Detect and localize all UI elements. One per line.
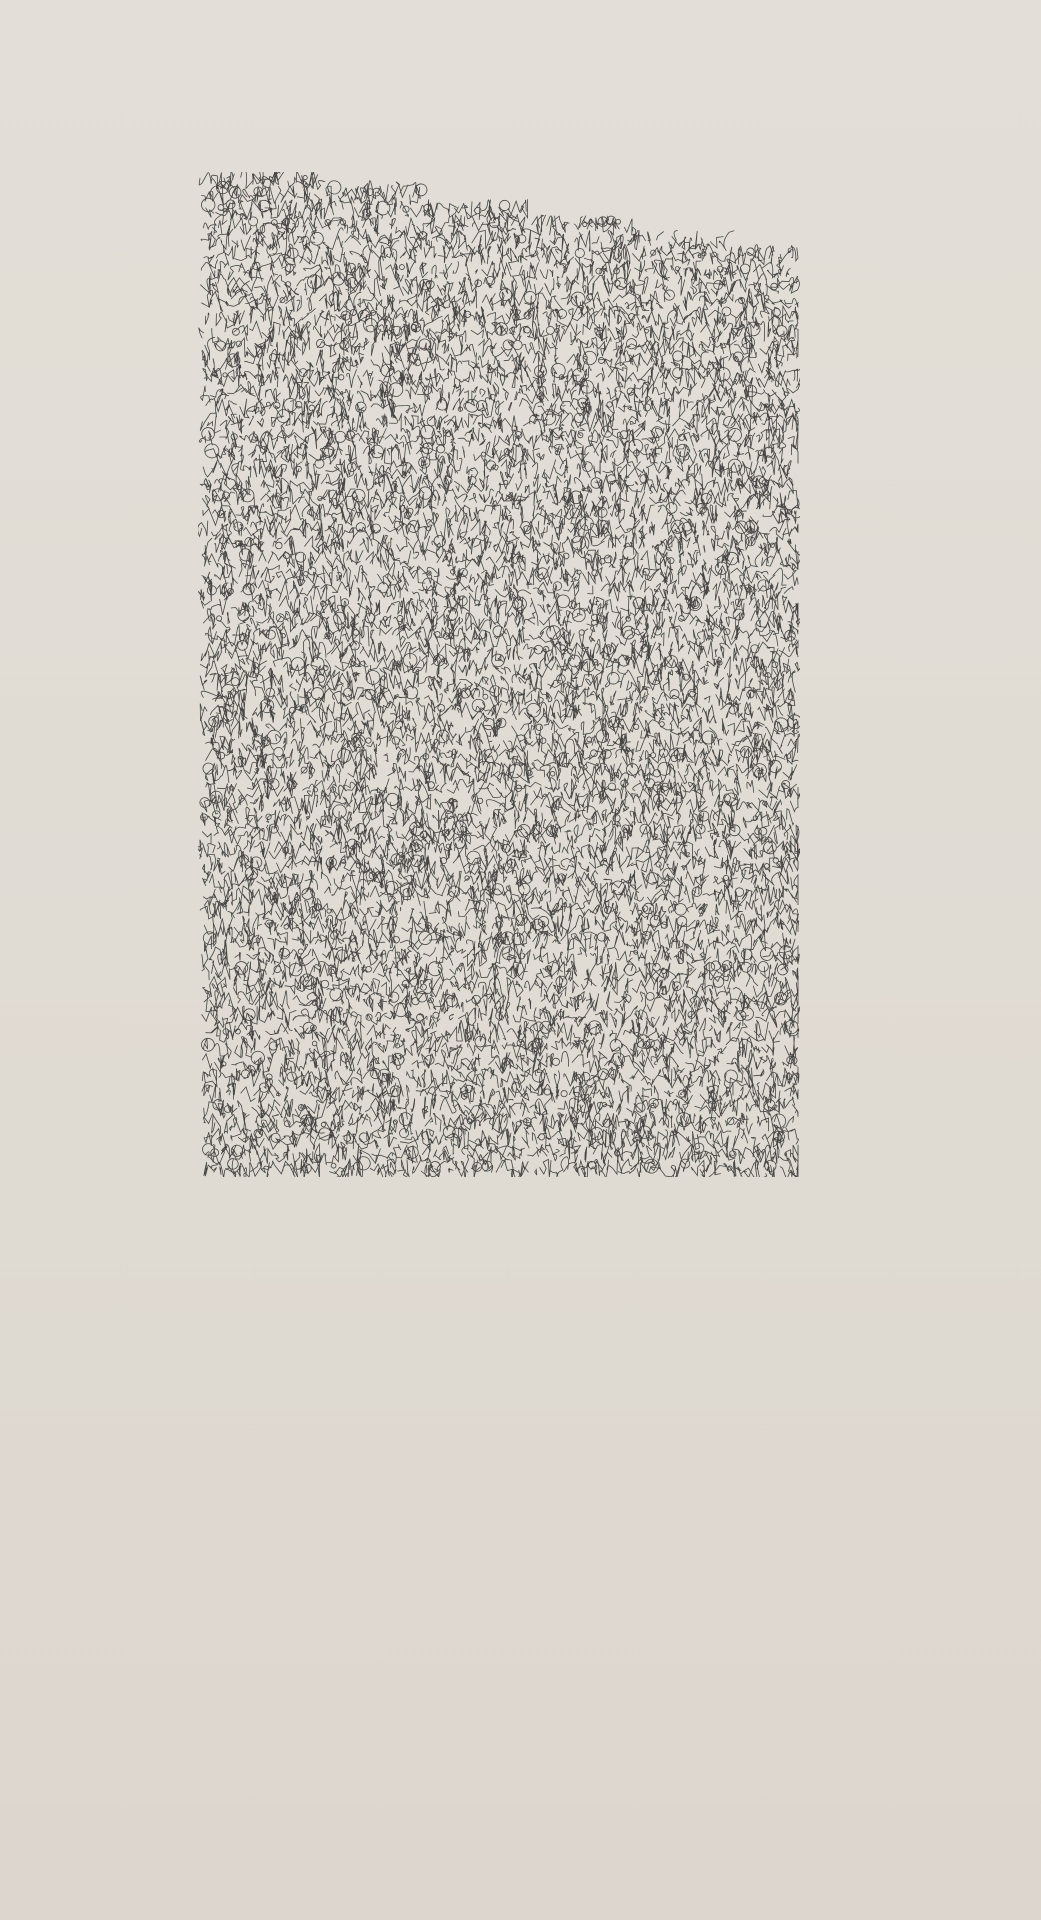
scribble-marks [198, 172, 800, 1177]
asemic-writing-block [198, 172, 800, 1177]
